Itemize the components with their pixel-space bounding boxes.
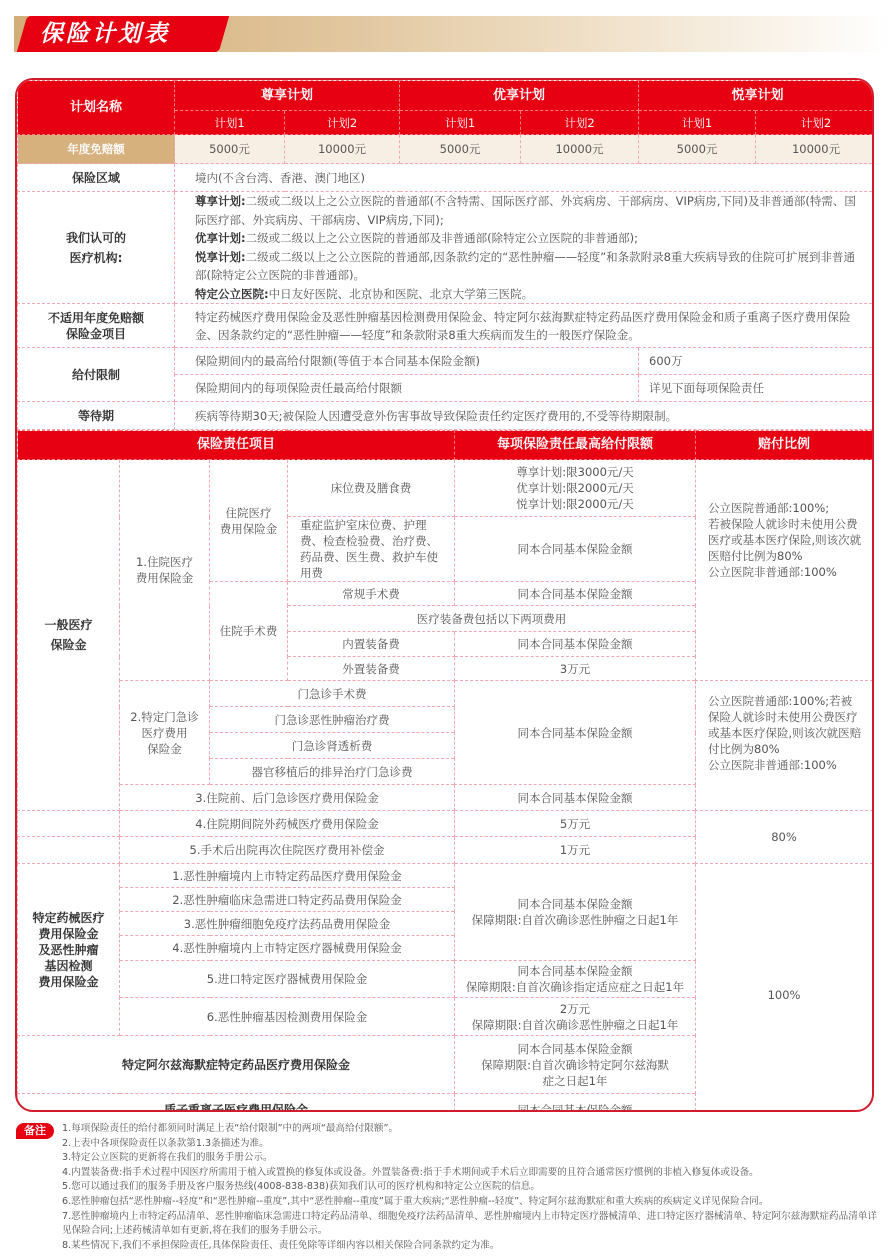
deductible-value: 10000元 <box>521 135 639 164</box>
institutions-label: 我们认可的 医疗机构: <box>18 192 175 304</box>
page-title: 保险计划表 <box>40 17 170 51</box>
plan-header-youxiang: 优享计划 <box>400 81 639 111</box>
pre-post-limit: 同本合同基本保险金额 <box>455 785 696 811</box>
ratio-line: 公立医院普通部:100%; <box>708 500 862 516</box>
deductible-value: 5000元 <box>175 135 285 164</box>
sub-plan-header: 计划1 <box>400 111 521 135</box>
general-medical-label: 一般医疗 保险金 <box>18 460 120 811</box>
plan-table: 计划名称 尊享计划 优享计划 悦享计划 计划1 计划2 计划1 计划2 计划1 … <box>17 80 874 430</box>
icu-limit: 同本合同基本保险金额 <box>455 517 696 582</box>
special-item: 6.恶性肿瘤基因检测费用保险金 <box>120 998 455 1036</box>
payment-limit-label: 给付限制 <box>18 348 175 402</box>
region-value: 境内(不含台湾、香港、澳门地区) <box>175 164 875 192</box>
deductible-value: 10000元 <box>756 135 874 164</box>
bed-limit-zunxiang: 尊享计划:限3000元/天 <box>455 464 695 480</box>
outpatient-label-line1: 2.特定门急诊 <box>120 709 209 725</box>
limit-line: 同本合同基本保险金额 <box>455 963 695 979</box>
payment-limit-item: 保险期间内的每项保险责任最高给付限额 <box>175 375 639 402</box>
deductible-value: 5000元 <box>639 135 756 164</box>
no-deductible-row: 不适用年度免赔额 保险金项目 特定药械医疗费用保险金及恶性肿瘤基因检测费用保险金… <box>18 304 875 348</box>
sub-plan-header: 计划2 <box>285 111 400 135</box>
pre-post-item: 3.住院前、后门急诊医疗费用保险金 <box>120 785 455 811</box>
deductible-value: 10000元 <box>285 135 400 164</box>
coverage-limit-header: 每项保险责任最高给付限额 <box>455 431 696 460</box>
notes-list: 1.每项保险责任的给付都须同时满足上表“给付限制”中的两项“最高给付限额”。 2… <box>62 1122 884 1253</box>
inpatient-label-line1: 1.住院医疗 <box>120 554 209 570</box>
limit-line: 保障期限:自首次确诊指定适应症之日起1年 <box>455 979 695 995</box>
note-item: 4.内置装备费:指手术过程中因医疗所需用于植入或置换的修复体或设备。外置装备费:… <box>62 1166 884 1181</box>
external-equipment-limit: 3万元 <box>455 657 696 681</box>
special-item: 3.恶性肿瘤细胞免疫疗法药品费用保险金 <box>120 912 455 936</box>
sub-plan-header: 计划2 <box>521 111 639 135</box>
table-row: 一般医疗 保险金 1.住院医疗 费用保险金 住院医疗 费用保险金 床位费及膳食费… <box>18 460 873 517</box>
inpatient-label-line2: 费用保险金 <box>120 570 209 586</box>
note-item: 8.某些情况下,我们不承担保险责任,具体保险责任、责任免除等详细内容以相关保险合… <box>62 1239 884 1254</box>
payment-limit-row: 给付限制 保险期间内的最高给付限额(等值于本合同基本保险金额) 600万 <box>18 348 875 375</box>
yuexiang-key: 悦享计划: <box>195 250 246 264</box>
outpatient-item: 门急诊肾透析费 <box>210 733 455 759</box>
waiting-row: 等待期 疾病等待期30天;被保险人因遭受意外伤害事故导致保险责任约定医疗费用的,… <box>18 402 875 430</box>
general-label-line2: 保险金 <box>18 637 119 653</box>
special-label-line: 基因检测 <box>18 958 119 974</box>
outpatient-label: 2.特定门急诊 医疗费用 保险金 <box>120 681 210 785</box>
outpatient-ratio: 公立医院普通部:100%;若被保险人就诊时未使用公费医疗或基本医疗保险,则该次就… <box>696 681 873 811</box>
inpatient-ratio: 公立医院普通部:100%; 若被保险人就诊时未使用公费医疗或基本医疗保险,则该次… <box>696 460 873 681</box>
notes-badge: 备注 <box>16 1123 54 1139</box>
limit-line: 保障期限:自首次确诊特定阿尔兹海默 <box>455 1057 695 1073</box>
deductible-value: 5000元 <box>400 135 521 164</box>
inpatient-medical-line1: 住院医疗 <box>210 505 287 521</box>
deductible-label: 年度免赔额 <box>18 135 175 164</box>
internal-equipment-limit: 同本合同基本保险金额 <box>455 632 696 657</box>
plan-header-zunxiang: 尊享计划 <box>175 81 400 111</box>
general-label-line1: 一般医疗 <box>18 617 119 633</box>
zunxiang-key: 尊享计划: <box>195 194 246 208</box>
note-item: 2.上表中各项保险责任以条款第1.3条描述为准。 <box>62 1137 884 1152</box>
sub-plan-header: 计划1 <box>639 111 756 135</box>
waiting-label: 等待期 <box>18 402 175 430</box>
coverage-ratio-header: 赔付比例 <box>696 431 873 460</box>
alzheimer-item: 特定阿尔兹海默症特定药品医疗费用保险金 <box>18 1036 455 1094</box>
no-deductible-label-line1: 不适用年度免赔额 <box>18 310 174 326</box>
youxiang-key: 优享计划: <box>195 231 246 245</box>
institutions-value: 尊享计划:二级或二级以上之公立医院的普通部(不含特需、国际医疗部、外宾病房、干部… <box>175 192 875 304</box>
sub-plan-header: 计划1 <box>175 111 285 135</box>
deductible-row: 年度免赔额 5000元 10000元 5000元 10000元 5000元 10… <box>18 135 875 164</box>
note-item: 6.恶性肿瘤包括“恶性肿瘤--轻度”和“恶性肿瘤--重度”,其中“恶性肿瘤--重… <box>62 1195 884 1210</box>
readmission-item: 5.手术后出院再次住院医疗费用补偿金 <box>120 837 455 864</box>
no-deductible-label-line2: 保险金项目 <box>18 326 174 342</box>
outpatient-item: 门急诊恶性肿瘤治疗费 <box>210 707 455 733</box>
special-item6-limit: 2万元 保障期限:自首次确诊恶性肿瘤之日起1年 <box>455 998 696 1036</box>
bed-limit-yuexiang: 悦享计划:限2000元/天 <box>455 496 695 512</box>
special-item: 1.恶性肿瘤境内上市特定药品医疗费用保险金 <box>120 864 455 888</box>
inpatient-medical-line2: 费用保险金 <box>210 521 287 537</box>
table-row: 2.特定门急诊 医疗费用 保险金 门急诊手术费 同本合同基本保险金额 公立医院普… <box>18 681 873 707</box>
inpatient-label: 1.住院医疗 费用保险金 <box>120 460 210 681</box>
outpatient-label-line2: 医疗费用 <box>120 725 209 741</box>
special-label-line: 特定药械医疗 <box>18 910 119 926</box>
alzheimer-limit: 同本合同基本保险金额 保障期限:自首次确诊特定阿尔兹海默 症之日起1年 <box>455 1036 696 1094</box>
surgery-label: 住院手术费 <box>210 582 288 681</box>
outpatient-limit: 同本合同基本保险金额 <box>455 681 696 785</box>
inpatient-medical-label: 住院医疗 费用保险金 <box>210 460 288 582</box>
ratio-100: 100% <box>696 864 873 1113</box>
bed-limit-youxiang: 优享计划:限2000元/天 <box>455 480 695 496</box>
special-item: 4.恶性肿瘤境内上市特定医疗器械费用保险金 <box>120 936 455 961</box>
proton-item: 质子重离子医疗费用保险金 <box>18 1094 455 1113</box>
plan-table-frame: 计划名称 尊享计划 优享计划 悦享计划 计划1 计划2 计划1 计划2 计划1 … <box>15 78 874 1112</box>
no-deductible-value: 特定药械医疗费用保险金及恶性肿瘤基因检测费用保险金、特定阿尔兹海默症特定药品医疗… <box>175 304 875 348</box>
note-item: 3.特定公立医院的更新将在我们的服务手册公示。 <box>62 1151 884 1166</box>
waiting-value: 疾病等待期30天;被保险人因遭受意外伤害事故导致保险责任约定医疗费用的,不受等待… <box>175 402 875 430</box>
ratio-line: 若被保险人就诊时未使用公费医疗或基本医疗保险,则该次就医赔付比例为80% <box>708 516 862 564</box>
special-hospital-text: 中日友好医院、北京协和医院、北京大学第三医院。 <box>269 287 534 301</box>
general-label-continuation <box>18 837 120 864</box>
special-hospital-key: 特定公立医院: <box>195 287 269 301</box>
special-item5-limit: 同本合同基本保险金额 保障期限:自首次确诊指定适应症之日起1年 <box>455 961 696 998</box>
regular-surgery-limit: 同本合同基本保险金额 <box>455 582 696 606</box>
external-equipment-item: 外置装备费 <box>288 657 455 681</box>
payment-limit-value: 600万 <box>639 348 874 375</box>
regular-surgery-item: 常规手术费 <box>288 582 455 606</box>
bed-limit: 尊享计划:限3000元/天 优享计划:限2000元/天 悦享计划:限2000元/… <box>455 460 696 517</box>
yuexiang-text: 二级或二级以上之公立医院的普通部,因条款约定的“恶性肿瘤——轻度”和条款附录8重… <box>195 250 855 283</box>
no-deductible-label: 不适用年度免赔额 保险金项目 <box>18 304 175 348</box>
icu-item: 重症监护室床位费、护理费、检查检验费、治疗费、药品费、医生费、救护车使用费 <box>288 517 455 582</box>
proton-limit: 同本合同基本保险金额 <box>455 1094 696 1113</box>
region-label: 保险区域 <box>18 164 175 192</box>
limit-line: 保障期限:自首次确诊恶性肿瘤之日起1年 <box>455 1017 695 1033</box>
internal-equipment-item: 内置装备费 <box>288 632 455 657</box>
readmission-limit: 1万元 <box>455 837 696 864</box>
ratio-line: 公立医院非普通部:100% <box>708 757 862 773</box>
note-item: 1.每项保险责任的给付都须同时满足上表“给付限制”中的两项“最高给付限额”。 <box>62 1122 884 1137</box>
general-label-continuation <box>18 811 120 837</box>
sub-plan-header: 计划2 <box>756 111 874 135</box>
coverage-item-header: 保险责任项目 <box>18 431 455 460</box>
region-row: 保险区域 境内(不含台湾、香港、澳门地区) <box>18 164 875 192</box>
ratio-line: 公立医院非普通部:100% <box>708 564 862 580</box>
limit-line: 保障期限:自首次确诊恶性肿瘤之日起1年 <box>455 912 695 928</box>
special-label-line: 费用保险金 <box>18 926 119 942</box>
payment-limit-value: 详见下面每项保险责任 <box>639 375 874 402</box>
special-label-line: 费用保险金 <box>18 974 119 990</box>
zunxiang-text: 二级或二级以上之公立医院的普通部(不含特需、国际医疗部、外宾病房、干部病房、VI… <box>195 194 856 227</box>
special-item: 2.恶性肿瘤临床急需进口特定药品费用保险金 <box>120 888 455 912</box>
ratio-80: 80% <box>696 811 873 864</box>
youxiang-text: 二级或二级以上之公立医院的普通部及非普通部(除特定公立医院的非普通部); <box>246 231 638 245</box>
note-item: 5.您可以通过我们的服务手册及客户服务热线(4008-838-838)获知我们认… <box>62 1180 884 1195</box>
limit-line: 同本合同基本保险金额 <box>455 896 695 912</box>
plan-name-header: 计划名称 <box>18 81 175 135</box>
outside-drugs-limit: 5万元 <box>455 811 696 837</box>
outpatient-label-line3: 保险金 <box>120 741 209 757</box>
institutions-label-line1: 我们认可的 <box>18 230 174 246</box>
coverage-table: 保险责任项目 每项保险责任最高给付限额 赔付比例 一般医疗 保险金 1.住院医疗… <box>17 430 873 1112</box>
equipment-note: 医疗装备费包括以下两项费用 <box>288 606 696 632</box>
special-label-line: 及恶性肿瘤 <box>18 942 119 958</box>
plan-header-yuexiang: 悦享计划 <box>639 81 874 111</box>
outpatient-item: 门急诊手术费 <box>210 681 455 707</box>
payment-limit-item: 保险期间内的最高给付限额(等值于本合同基本保险金额) <box>175 348 639 375</box>
limit-line: 症之日起1年 <box>455 1073 695 1089</box>
institutions-row: 我们认可的 医疗机构: 尊享计划:二级或二级以上之公立医院的普通部(不含特需、国… <box>18 192 875 304</box>
institutions-label-line2: 医疗机构: <box>18 250 174 266</box>
outside-drugs-item: 4.住院期间院外药械医疗费用保险金 <box>120 811 455 837</box>
special-items-limit: 同本合同基本保险金额 保障期限:自首次确诊恶性肿瘤之日起1年 <box>455 864 696 961</box>
limit-line: 同本合同基本保险金额 <box>455 1041 695 1057</box>
note-item: 7.恶性肿瘤境内上市特定药品清单、恶性肿瘤临床急需进口特定药品清单、细胞免疫疗法… <box>62 1210 884 1239</box>
limit-line: 2万元 <box>455 1001 695 1017</box>
ratio-line: 公立医院普通部:100%;若被保险人就诊时未使用公费医疗或基本医疗保险,则该次就… <box>708 693 862 757</box>
outpatient-item: 器官移植后的排异治疗门急诊费 <box>210 759 455 785</box>
special-drugs-label: 特定药械医疗 费用保险金 及恶性肿瘤 基因检测 费用保险金 <box>18 864 120 1036</box>
special-item: 5.进口特定医疗器械费用保险金 <box>120 961 455 998</box>
bed-item: 床位费及膳食费 <box>288 460 455 517</box>
table-row: 特定药械医疗 费用保险金 及恶性肿瘤 基因检测 费用保险金 1.恶性肿瘤境内上市… <box>18 864 873 888</box>
table-row: 4.住院期间院外药械医疗费用保险金 5万元 80% <box>18 811 873 837</box>
